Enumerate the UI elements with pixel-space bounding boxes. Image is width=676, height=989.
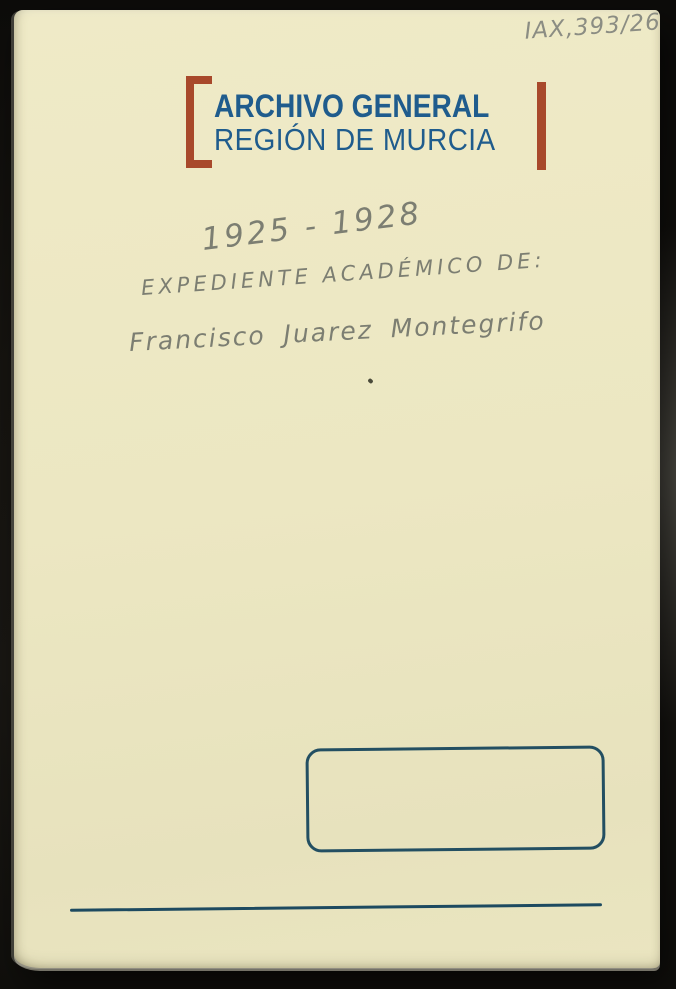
logo-title-line1: ARCHIVO GENERAL — [214, 90, 489, 122]
logo-right-bar-icon — [537, 82, 546, 170]
classification-box — [305, 745, 605, 852]
handwritten-heading: EXPEDIENTE ACADÉMICO DE: — [140, 248, 546, 300]
logo-text: ARCHIVO GENERAL REGIÓN DE MURCIA — [214, 90, 527, 155]
handwritten-reference-code: IAX,393/26 — [465, 9, 661, 49]
handwritten-name: Francisco Juarez Montegrifo — [128, 306, 546, 357]
ink-dot — [367, 378, 373, 384]
handwritten-date-range: 1925 - 1928 — [200, 195, 424, 258]
footer-rule — [70, 903, 602, 912]
logo-title-line2: REGIÓN DE MURCIA — [214, 124, 496, 155]
logo-left-bracket-icon — [186, 76, 212, 168]
folder-cover: IAX,393/26 ARCHIVO GENERAL REGIÓN DE MUR… — [14, 10, 660, 968]
photo-background: IAX,393/26 ARCHIVO GENERAL REGIÓN DE MUR… — [0, 0, 676, 989]
archive-logo: ARCHIVO GENERAL REGIÓN DE MURCIA — [186, 74, 546, 170]
